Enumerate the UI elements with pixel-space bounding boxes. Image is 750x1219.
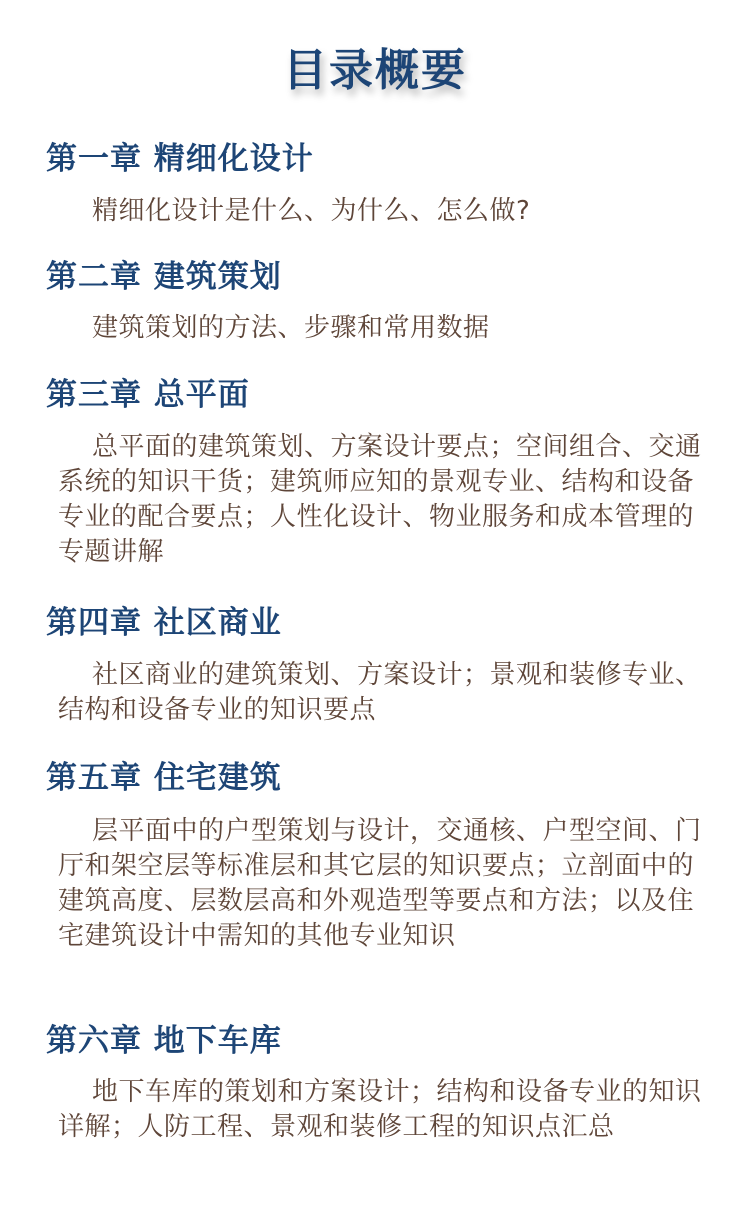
chapter-description: 社区商业的建筑策划、方案设计；景观和装修专业、结构和设备专业的知识要点 — [58, 658, 718, 728]
chapter-heading: 第二章 建筑策划 — [46, 251, 282, 296]
chapter-description: 层平面中的户型策划与设计，交通核、户型空间、门厅和架空层等标准层和其它层的知识要… — [58, 814, 718, 954]
chapter-description: 地下车库的策划和方案设计；结构和设备专业的知识详解；人防工程、景观和装修工程的知… — [58, 1075, 718, 1145]
chapter-heading: 第三章 总平面 — [46, 369, 250, 414]
chapter-heading: 第四章 社区商业 — [46, 597, 282, 642]
chapter-description: 精细化设计是什么、为什么、怎么做? — [58, 194, 718, 229]
chapter-description: 总平面的建筑策划、方案设计要点；空间组合、交通系统的知识干货；建筑师应知的景观专… — [58, 430, 718, 570]
chapter-heading: 第一章 精细化设计 — [46, 133, 314, 178]
chapter-heading: 第六章 地下车库 — [46, 1015, 282, 1060]
page-title: 目录概要 — [0, 34, 750, 98]
chapter-description: 建筑策划的方法、步骤和常用数据 — [58, 311, 718, 346]
chapter-heading: 第五章 住宅建筑 — [46, 752, 282, 797]
